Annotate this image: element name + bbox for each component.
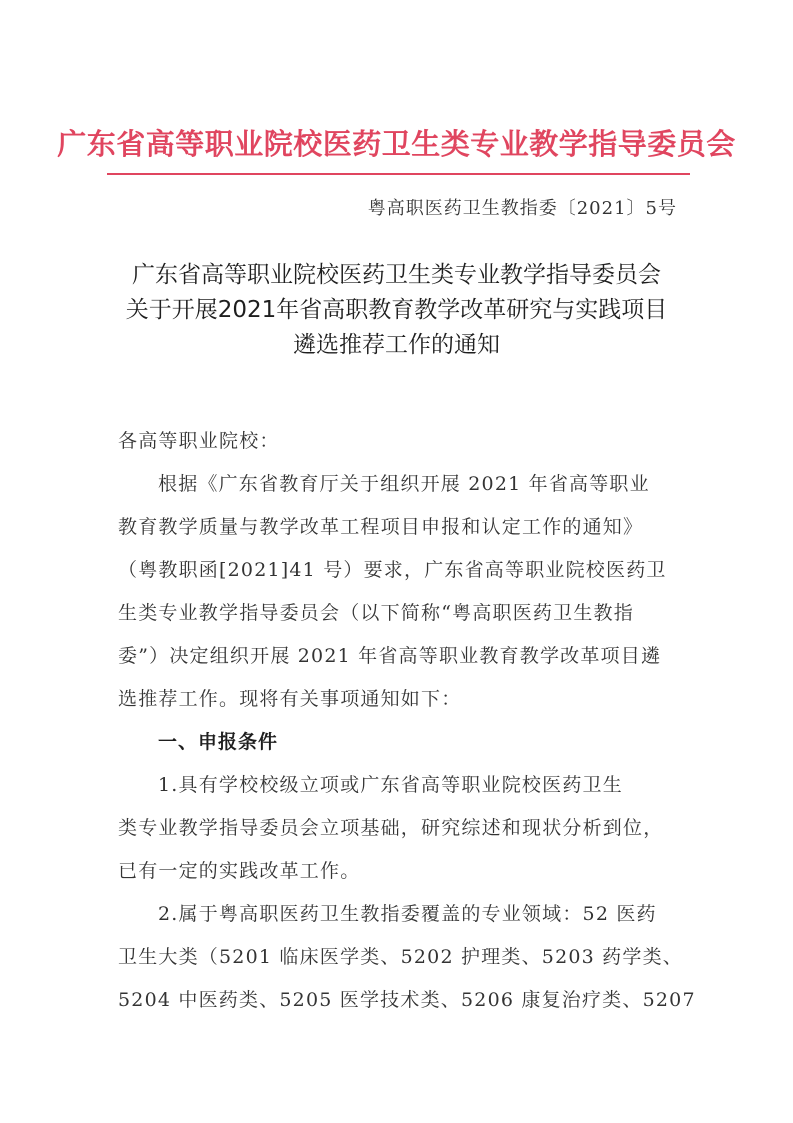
paragraph-line: （粤教职函[2021]41 号）要求，广东省高等职业院校医药卫: [118, 549, 688, 592]
list-item-line: 已有一定的实践改革工作。: [118, 850, 688, 893]
notice-title-line: 广东省高等职业院校医药卫生类专业教学指导委员会: [0, 258, 793, 293]
document-number: 粤高职医药卫生教指委〔2021〕5号: [368, 194, 677, 220]
paragraph-line: 委”）决定组织开展 2021 年省高等职业教育教学改革项目遴: [118, 635, 688, 678]
paragraph-line: 教育教学质量与教学改革工程项目申报和认定工作的通知》: [118, 506, 688, 549]
letterhead-divider: [107, 173, 690, 175]
salutation: 各高等职业院校：: [118, 420, 688, 463]
document-body: 各高等职业院校： 根据《广东省教育厅关于组织开展 2021 年省高等职业 教育教…: [118, 420, 688, 1022]
paragraph-line: 选推荐工作。现将有关事项通知如下：: [118, 678, 688, 721]
notice-title-line: 遴选推荐工作的通知: [0, 328, 793, 363]
notice-title-line: 关于开展2021年省高职教育教学改革研究与实践项目: [0, 293, 793, 328]
paragraph-line: 根据《广东省教育厅关于组织开展 2021 年省高等职业: [118, 463, 688, 506]
letterhead-organization: 广东省高等职业院校医药卫生类专业教学指导委员会: [0, 122, 793, 163]
list-item-line: 类专业教学指导委员会立项基础，研究综述和现状分析到位，: [118, 807, 688, 850]
notice-title: 广东省高等职业院校医药卫生类专业教学指导委员会 关于开展2021年省高职教育教学…: [0, 258, 793, 363]
list-item-line: 5204 中医药类、5205 医学技术类、5206 康复治疗类、5207: [118, 979, 688, 1022]
list-item-line: 2.属于粤高职医药卫生教指委覆盖的专业领域：52 医药: [118, 893, 688, 936]
section-heading: 一、申报条件: [118, 721, 688, 764]
paragraph-line: 生类专业教学指导委员会（以下简称“粤高职医药卫生教指: [118, 592, 688, 635]
list-item-line: 卫生大类（5201 临床医学类、5202 护理类、5203 药学类、: [118, 936, 688, 979]
list-item-line: 1.具有学校校级立项或广东省高等职业院校医药卫生: [118, 764, 688, 807]
